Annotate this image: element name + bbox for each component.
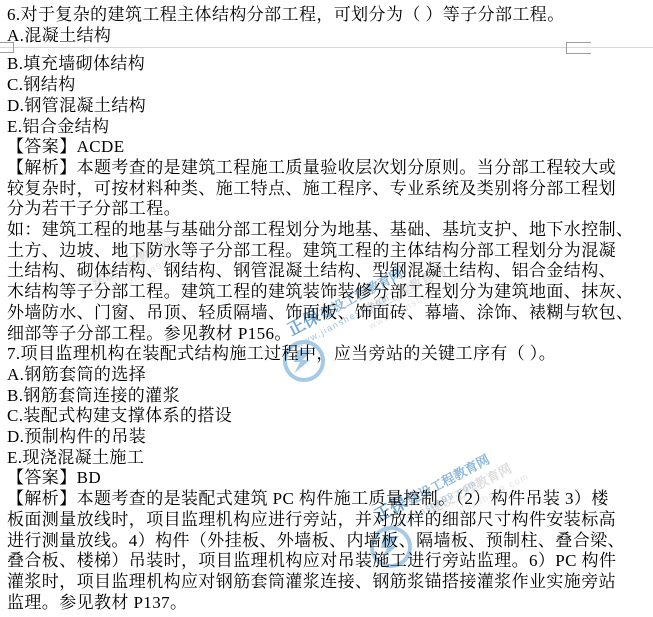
- text-line: 7.项目监理机构在装配式结构施工过程中，应当旁站的关键工序有（ ）。: [7, 344, 651, 365]
- document-page: 6.对于复杂的建筑工程主体结构分部工程，可划分为（ ）等子分部工程。A.混凝土结…: [7, 5, 651, 613]
- text-line: B.钢筋套筒连接的灌浆: [7, 386, 651, 407]
- text-line: E.现浇混凝土施工: [7, 448, 651, 469]
- page-1-text-block: 6.对于复杂的建筑工程主体结构分部工程，可划分为（ ）等子分部工程。A.混凝土结…: [7, 5, 651, 46]
- text-line: E.铝合金结构: [7, 117, 651, 138]
- text-line: 外墙防水、门窗、吊顶、轻质隔墙、饰面板、饰面砖、幕墙、涂饰、裱糊与软包、: [7, 303, 651, 324]
- text-line: C.装配式构建支撑体系的搭设: [7, 406, 651, 427]
- text-line: A.混凝土结构: [7, 26, 651, 47]
- text-line: 细部等子分部工程。参见教材 P156。: [7, 324, 651, 345]
- text-line: 土结构、砌体结构、钢结构、钢管混凝土结构、型钢混凝土结构、铝合金结构、: [7, 261, 651, 282]
- text-line: 【解析】本题考查的是装配式建筑 PC 构件施工质量控制。（2）构件吊装 3）楼: [7, 489, 651, 510]
- text-line: B.填充墙砌体结构: [7, 54, 651, 75]
- text-line: 【答案】ACDE: [7, 137, 651, 158]
- text-line: 监理。参见教材 P137。: [7, 593, 651, 614]
- text-line: 分为若干子分部工程。: [7, 199, 651, 220]
- text-line: 较复杂时，可按材料种类、施工特点、施工程序、专业系统及类别将分部工程划: [7, 179, 651, 200]
- text-line: 叠合板、楼梯）吊装时，项目监理机构应对吊装施工进行旁站监理。6）PC 构件: [7, 551, 651, 572]
- text-line: 灌浆时，项目监理机构应对钢筋套筒灌浆连接、钢筋浆锚搭接灌浆作业实施旁站: [7, 572, 651, 593]
- text-line: C.钢结构: [7, 75, 651, 96]
- text-line: D.钢管混凝土结构: [7, 96, 651, 117]
- text-line: 板面测量放线时，项目监理机构应进行旁站，并对放样的细部尺寸构件安装标高: [7, 510, 651, 531]
- text-line: 【解析】本题考查的是建筑工程施工质量验收层次划分原则。当分部工程较大或: [7, 158, 651, 179]
- text-line: 6.对于复杂的建筑工程主体结构分部工程，可划分为（ ）等子分部工程。: [7, 5, 651, 26]
- text-line: 【答案】BD: [7, 468, 651, 489]
- text-line: 如：建筑工程的地基与基础分部工程划分为地基、基础、基坑支护、地下水控制、: [7, 220, 651, 241]
- right-margin-mark: [566, 42, 591, 54]
- text-line: A.钢筋套筒的选择: [7, 365, 651, 386]
- page-2-text-block: B.填充墙砌体结构C.钢结构D.钢管混凝土结构E.铝合金结构【答案】ACDE【解…: [7, 54, 651, 613]
- left-margin-mark: [0, 42, 14, 53]
- text-line: D.预制构件的吊装: [7, 427, 651, 448]
- text-line: 木结构等子分部工程。建筑工程的建筑装饰装修分部工程划分为建筑地面、抹灰、: [7, 282, 651, 303]
- text-line: 土方、边坡、地下防水等子分部工程。建筑工程的主体结构分部工程划分为混凝: [7, 241, 651, 262]
- text-line: 进行测量放线。4）构件（外挂板、外墙板、内墙板、隔墙板、预制柱、叠合梁、: [7, 531, 651, 552]
